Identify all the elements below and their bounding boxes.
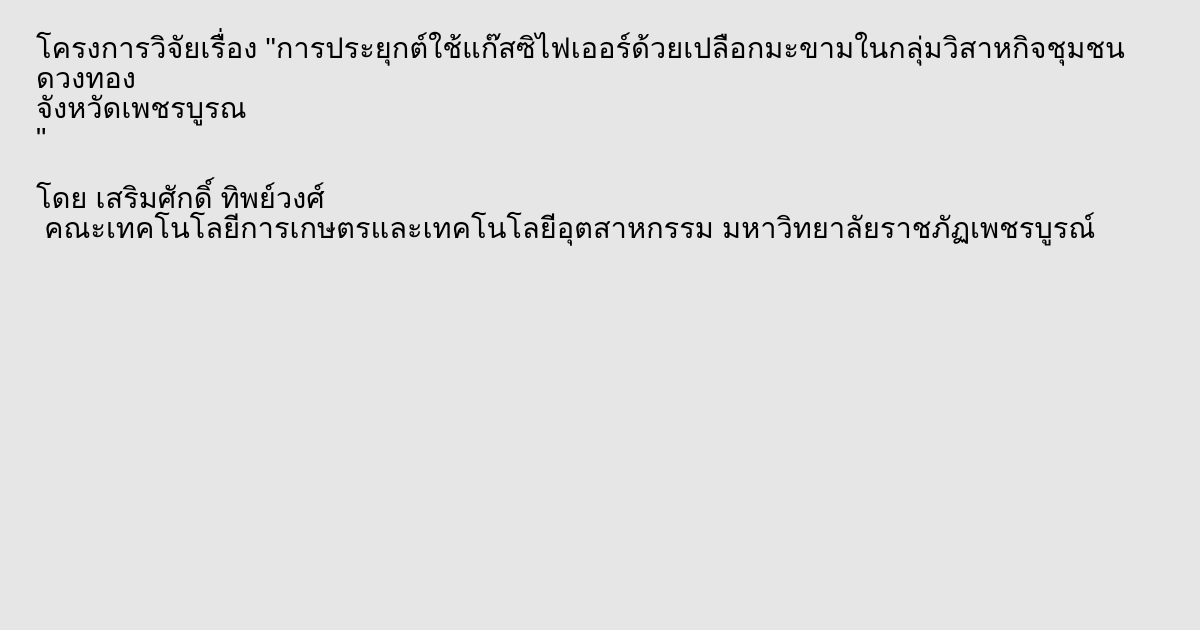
affiliation: คณะเทคโนโลยีการเกษตรและเทคโนโลยีอุตสาหกร…: [36, 214, 1174, 244]
social-card: โครงการวิจัยเรื่อง "การประยุกต์ใช้แก๊สซิ…: [0, 0, 1200, 630]
project-title-line-1: โครงการวิจัยเรื่อง "การประยุกต์ใช้แก๊สซิ…: [36, 34, 1174, 94]
project-title-line-2: จังหวัดเพชรบูรณ: [36, 94, 1174, 124]
byline: โดย เสริมศักดิ์ ทิพย์วงศ์: [36, 184, 1174, 214]
title-closing-quote: ": [36, 124, 1174, 154]
blank-line: [36, 154, 1174, 184]
text-block: โครงการวิจัยเรื่อง "การประยุกต์ใช้แก๊สซิ…: [36, 34, 1174, 244]
